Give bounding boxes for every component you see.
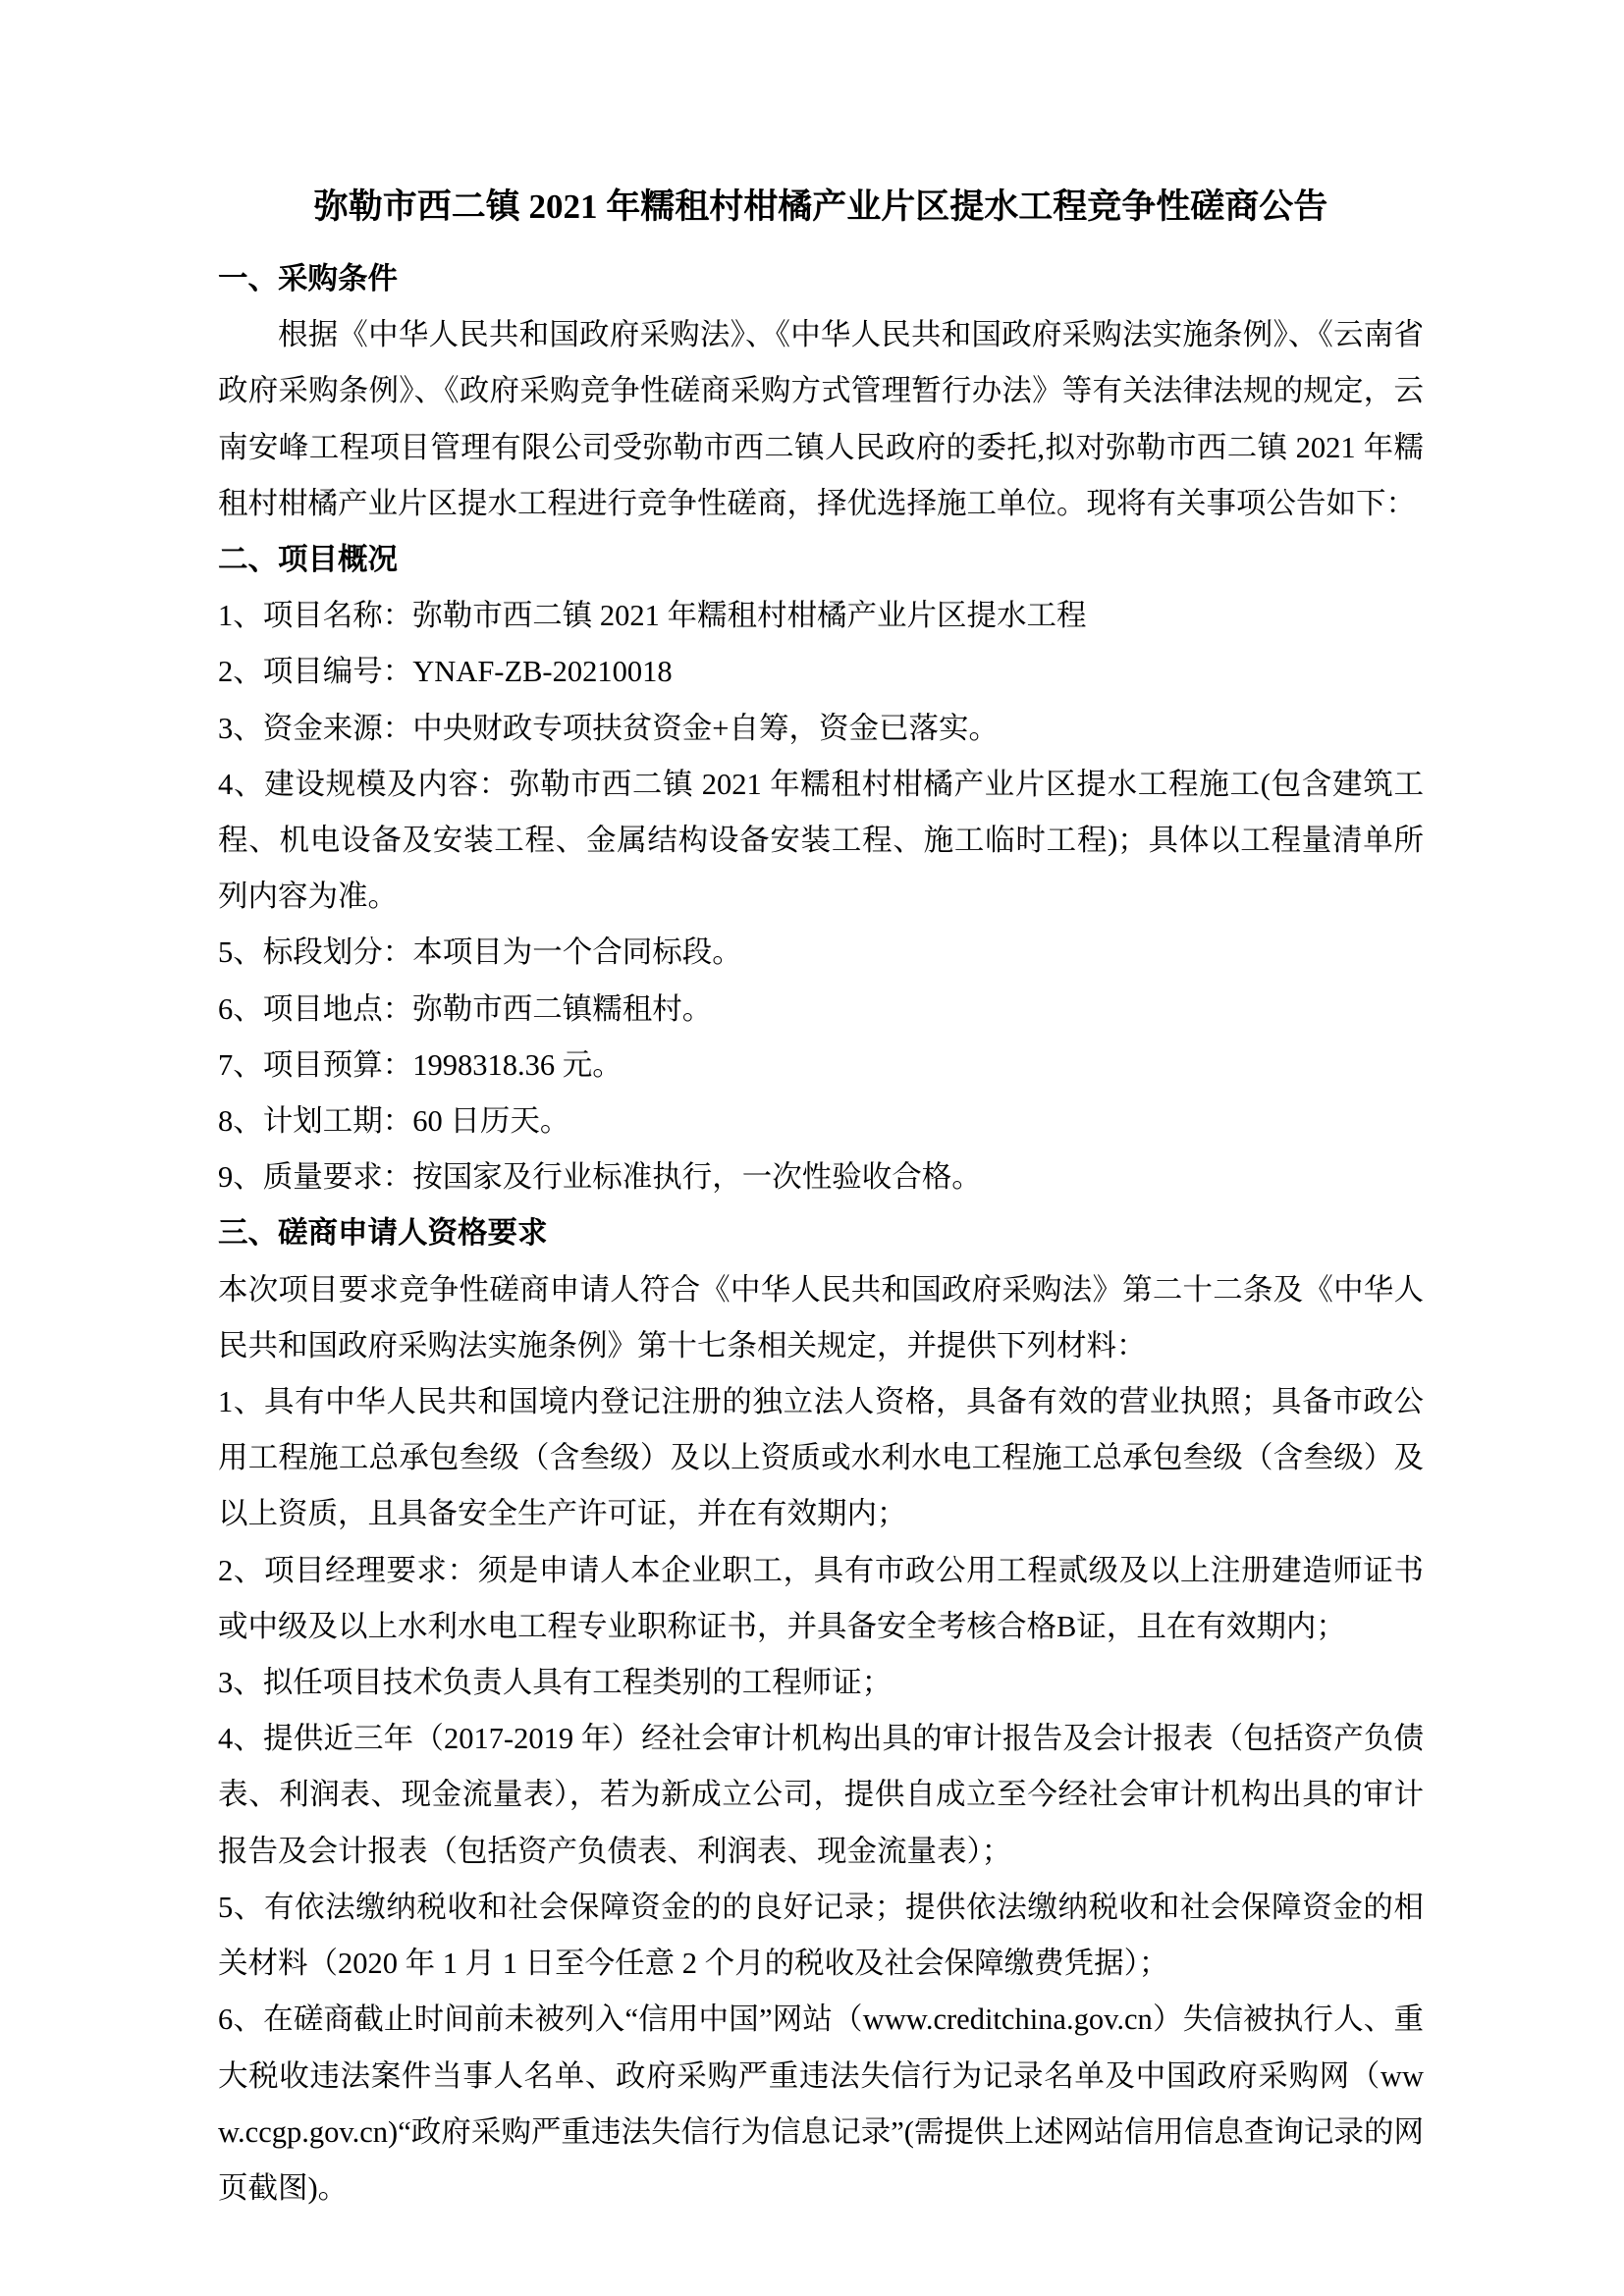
item-quality-requirement: 9、质量要求：按国家及行业标准执行，一次性验收合格。: [218, 1149, 1424, 1205]
item-planned-duration: 8、计划工期：60 日历天。: [218, 1094, 1424, 1149]
item-project-name: 1、项目名称：弥勒市西二镇 2021 年糯租村柑橘产业片区提水工程: [218, 588, 1424, 644]
item-bid-section-division: 5、标段划分：本项目为一个合同标段。: [218, 925, 1424, 981]
item-qualification-project-manager: 2、项目经理要求：须是申请人本企业职工，具有市政公用工程贰级及以上注册建造师证书…: [218, 1543, 1424, 1655]
item-project-location: 6、项目地点：弥勒市西二镇糯租村。: [218, 982, 1424, 1038]
document-title: 弥勒市西二镇 2021 年糯租村柑橘产业片区提水工程竞争性磋商公告: [218, 185, 1424, 230]
item-funding-source: 3、资金来源：中央财政专项扶贫资金+自筹，资金已落实。: [218, 701, 1424, 757]
para-legal-basis: 根据《中华人民共和国政府采购法》、《中华人民共和国政府采购法实施条例》、《云南省…: [218, 307, 1424, 532]
item-scope-and-content: 4、建设规模及内容：弥勒市西二镇 2021 年糯租村柑橘产业片区提水工程施工(包…: [218, 757, 1424, 926]
para-qualification-intro: 本次项目要求竞争性磋商申请人符合《中华人民共和国政府采购法》第二十二条及《中华人…: [218, 1262, 1424, 1374]
announcement-page: 弥勒市西二镇 2021 年糯租村柑橘产业片区提水工程竞争性磋商公告 一、采购条件…: [218, 0, 1424, 2216]
item-qualification-credit-record: 6、在磋商截止时间前未被列入“信用中国”网站（www.creditchina.g…: [218, 1992, 1424, 2216]
heading-project-overview: 二、项目概况: [218, 532, 1424, 588]
item-qualification-tax-social-security: 5、有依法缴纳税收和社会保障资金的的良好记录；提供依法缴纳税收和社会保障资金的相…: [218, 1880, 1424, 1992]
heading-procurement-conditions: 一、采购条件: [218, 251, 1424, 307]
heading-applicant-qualification-requirements: 三、磋商申请人资格要求: [218, 1205, 1424, 1261]
item-project-budget: 7、项目预算：1998318.36 元。: [218, 1038, 1424, 1094]
item-project-number: 2、项目编号：YNAF-ZB-20210018: [218, 644, 1424, 700]
item-qualification-legal-entity: 1、具有中华人民共和国境内登记注册的独立法人资格，具备有效的营业执照；具备市政公…: [218, 1374, 1424, 1543]
item-qualification-audit-reports: 4、提供近三年（2017-2019 年）经社会审计机构出具的审计报告及会计报表（…: [218, 1711, 1424, 1880]
item-qualification-technical-lead: 3、拟任项目技术负责人具有工程类别的工程师证；: [218, 1655, 1424, 1711]
